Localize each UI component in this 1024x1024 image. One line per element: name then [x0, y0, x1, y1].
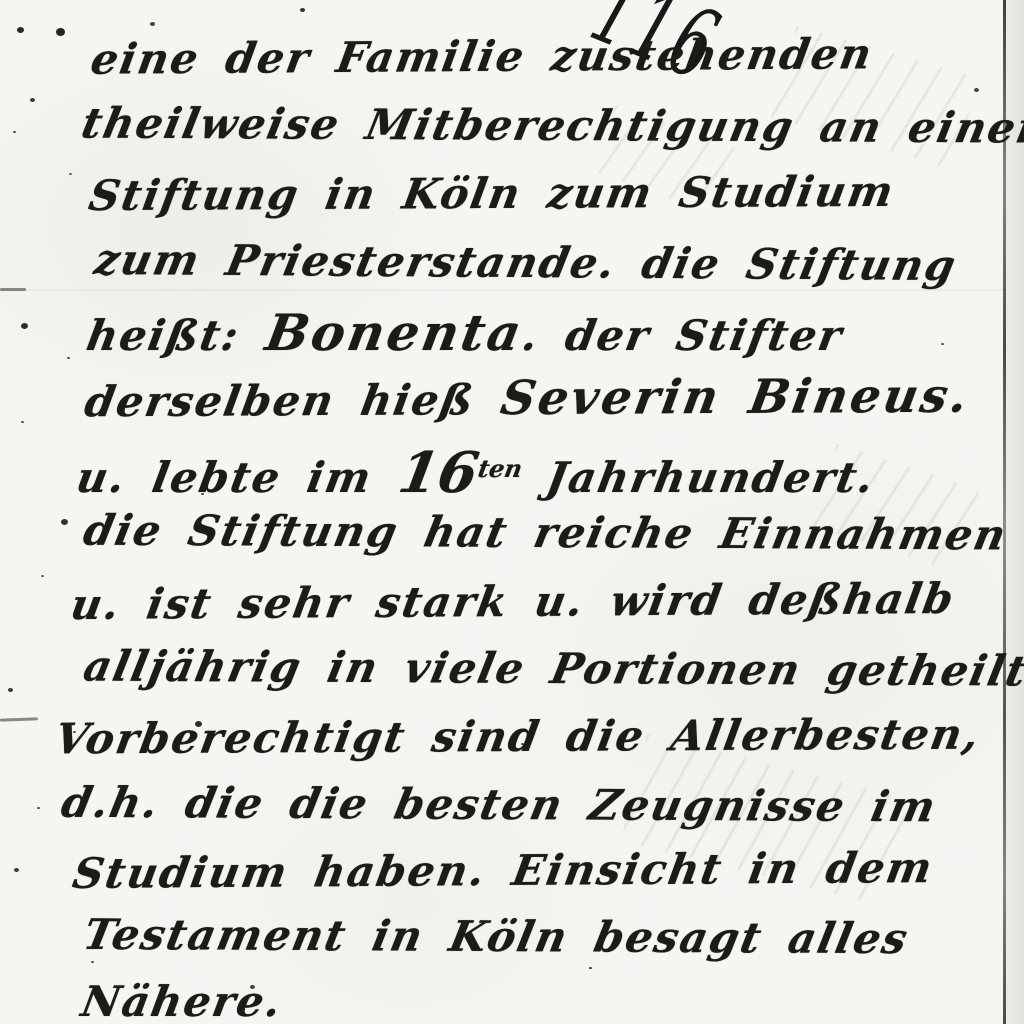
- ink-specks: [0, 0, 5, 4]
- manuscript-line: zum Priesterstande. die Stiftung: [91, 235, 962, 290]
- manuscript-line: die Stiftung hat reiche Einnahmen: [80, 506, 1012, 560]
- manuscript-line: derselben hieß Severin Bineus.: [81, 369, 975, 429]
- manuscript-line: eine der Familie zustehenden: [87, 29, 877, 83]
- margin-dash: [0, 717, 38, 721]
- line-text: Jahrhundert.: [516, 453, 879, 502]
- manuscript-line: Stiftung in Köln zum Studium: [85, 167, 898, 220]
- century-number: 16: [394, 440, 484, 506]
- manuscript-line: Studium haben. Einsicht in dem: [69, 843, 937, 898]
- ordinal-suffix: ten: [476, 454, 525, 483]
- line-text: derselben hieß: [81, 375, 505, 426]
- manuscript-line: u. ist sehr stark u. wird deßhalb: [67, 574, 959, 629]
- manuscript-line: heißt: Bonenta. der Stifter: [83, 303, 849, 362]
- manuscript-line: Vorberechtigt sind die Allerbesten,: [51, 710, 984, 764]
- line-text: u. lebte im: [73, 453, 403, 502]
- cutoff-top-line: muuuum Suuduu: [91, 0, 543, 3]
- line-text: . der Stifter: [518, 311, 847, 360]
- manuscript-line: d.h. die die besten Zeugnisse im: [58, 778, 942, 832]
- manuscript-line: alljährig in viele Portionen getheilt: [80, 642, 1024, 696]
- foundation-name: Bonenta: [261, 303, 528, 362]
- margin-dash: [0, 288, 26, 291]
- manuscript-page: muuuum Suuduu 116 eine der Familie zuste…: [0, 0, 1024, 1024]
- manuscript-line: Nähere.: [78, 977, 287, 1024]
- manuscript-line: u. lebte im 16ten Jahrhundert.: [72, 440, 881, 506]
- person-name: Severin Bineus.: [497, 369, 975, 426]
- manuscript-line: Testament in Köln besagt alles: [80, 910, 914, 963]
- manuscript-line: theilweise Mitberechtigung an einer: [78, 98, 1024, 152]
- line-text: heißt:: [83, 311, 270, 360]
